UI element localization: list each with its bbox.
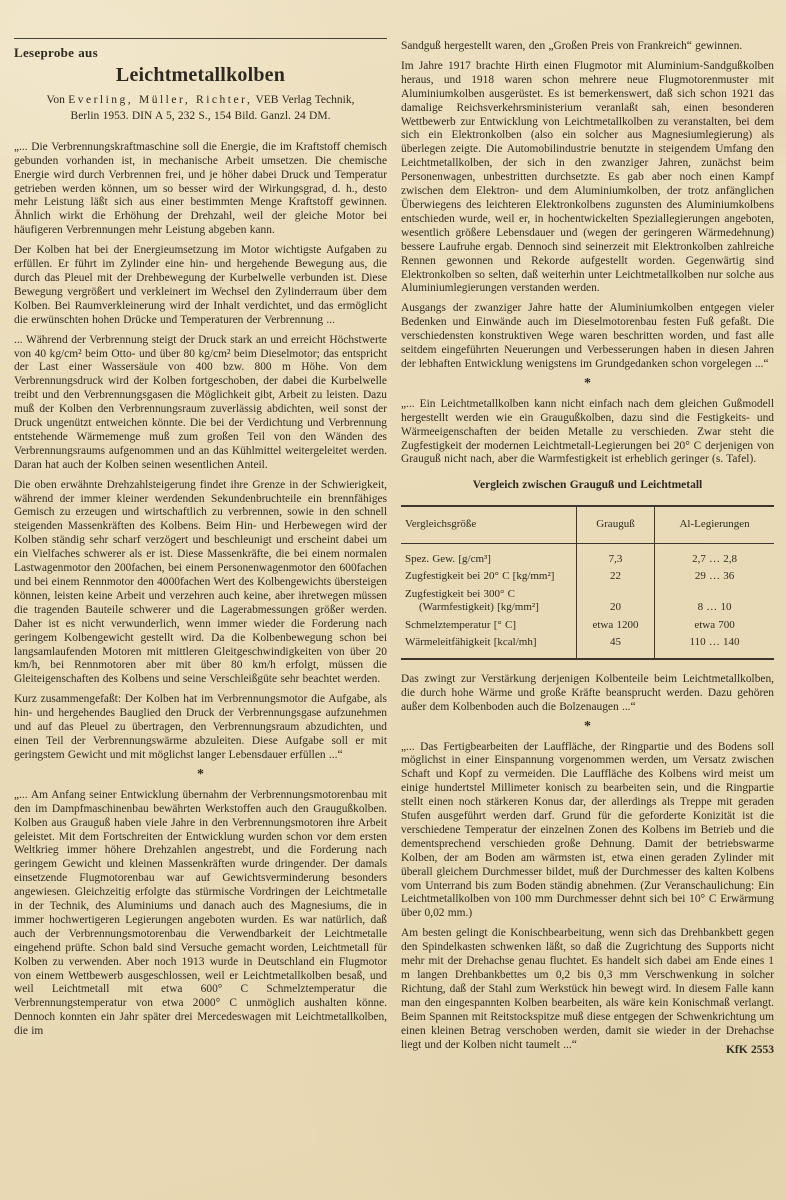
- cell-al: 2,7 … 2,8: [655, 543, 774, 568]
- table-title: Vergleich zwischen Grauguß und Leichtmet…: [401, 479, 774, 493]
- byline-prefix: Von: [47, 94, 65, 106]
- excerpt-paragraph: Im Jahre 1917 brachte Hirth einen Flugmo…: [401, 60, 774, 296]
- cell-al: 110 … 140: [655, 634, 774, 659]
- row-label: Zugfestigkeit bei 20° C [kg/mm²]: [401, 568, 576, 586]
- column-header: Grauguß: [576, 506, 654, 543]
- excerpt-paragraph: Sandguß hergestellt waren, den „Großen P…: [401, 40, 774, 54]
- table-row: Schmelztemperatur [° C] etwa 1200 etwa 7…: [401, 617, 774, 635]
- asterisk-divider: *: [14, 769, 387, 781]
- table-header-row: Vergleichsgröße Grauguß Al-Legierungen: [401, 506, 774, 543]
- row-label: Wärmeleitfähigkeit [kcal/mh]: [401, 634, 576, 659]
- cell-grauguss: 20: [576, 586, 654, 617]
- asterisk-divider: *: [401, 721, 774, 733]
- cell-al: 29 … 36: [655, 568, 774, 586]
- eyebrow-label: Leseprobe aus: [14, 46, 387, 60]
- cell-grauguss: etwa 1200: [576, 617, 654, 635]
- comparison-table: Vergleichsgröße Grauguß Al-Legierungen S…: [401, 505, 774, 660]
- excerpt-paragraph: Am besten gelingt die Konischbearbeitung…: [401, 927, 774, 1052]
- asterisk-divider: *: [401, 378, 774, 390]
- table-row: Wärmeleitfähigkeit [kcal/mh] 45 110 … 14…: [401, 634, 774, 659]
- excerpt-paragraph: „... Ein Leichtmetallkolben kann nicht e…: [401, 398, 774, 468]
- row-sublabel: (Warmfestigkeit) [kg/mm²]: [405, 601, 572, 615]
- column-header: Vergleichsgröße: [401, 506, 576, 543]
- table-row: Zugfestigkeit bei 300° C(Warmfestigkeit)…: [401, 586, 774, 617]
- excerpt-paragraph: „... Das Fertigbearbeiten der Lauffläche…: [401, 741, 774, 922]
- excerpt-paragraph: „... Die Verbrennungskraftmaschine soll …: [14, 141, 387, 238]
- page-title: Leichtmetallkolben: [14, 69, 387, 83]
- cell-grauguss: 22: [576, 568, 654, 586]
- left-column: Leseprobe aus Leichtmetallkolben Von Eve…: [14, 38, 387, 1045]
- row-label: Schmelztemperatur [° C]: [401, 617, 576, 635]
- cell-al: etwa 700: [655, 617, 774, 635]
- row-label: Zugfestigkeit bei 300° C(Warmfestigkeit)…: [401, 586, 576, 617]
- table-row: Spez. Gew. [g/cm³] 7,3 2,7 … 2,8: [401, 543, 774, 568]
- right-column: Sandguß hergestellt waren, den „Großen P…: [401, 40, 774, 1058]
- excerpt-paragraph: Kurz zusammengefaßt: Der Kolben hat im V…: [14, 693, 387, 763]
- excerpt-paragraph: „... Am Anfang seiner Entwicklung überna…: [14, 789, 387, 1039]
- excerpt-paragraph: Ausgangs der zwanziger Jahre hatte der A…: [401, 302, 774, 372]
- excerpt-paragraph: Das zwingt zur Verstärkung derjenigen Ko…: [401, 673, 774, 715]
- row-label: Spez. Gew. [g/cm³]: [401, 543, 576, 568]
- byline: Von Everling, Müller, Richter, VEB Verla…: [14, 92, 387, 125]
- cell-grauguss: 45: [576, 634, 654, 659]
- table-row: Zugfestigkeit bei 20° C [kg/mm²] 22 29 ……: [401, 568, 774, 586]
- header-rule: [14, 38, 387, 39]
- byline-publisher: VEB Verlag Technik,: [255, 94, 354, 106]
- cell-grauguss: 7,3: [576, 543, 654, 568]
- byline-imprint: Berlin 1953. DIN A 5, 232 S., 154 Bild. …: [14, 108, 387, 125]
- byline-authors: Everling, Müller, Richter,: [68, 94, 252, 106]
- excerpt-paragraph: ... Während der Verbrennung steigt der D…: [14, 334, 387, 473]
- column-header: Al-Legierungen: [655, 506, 774, 543]
- excerpt-paragraph: Der Kolben hat bei der Energieumsetzung …: [14, 244, 387, 327]
- excerpt-paragraph: Die oben erwähnte Drehzahlsteigerung fin…: [14, 479, 387, 688]
- cell-al: 8 … 10: [655, 586, 774, 617]
- book-excerpt-page: Leseprobe aus Leichtmetallkolben Von Eve…: [0, 0, 786, 1200]
